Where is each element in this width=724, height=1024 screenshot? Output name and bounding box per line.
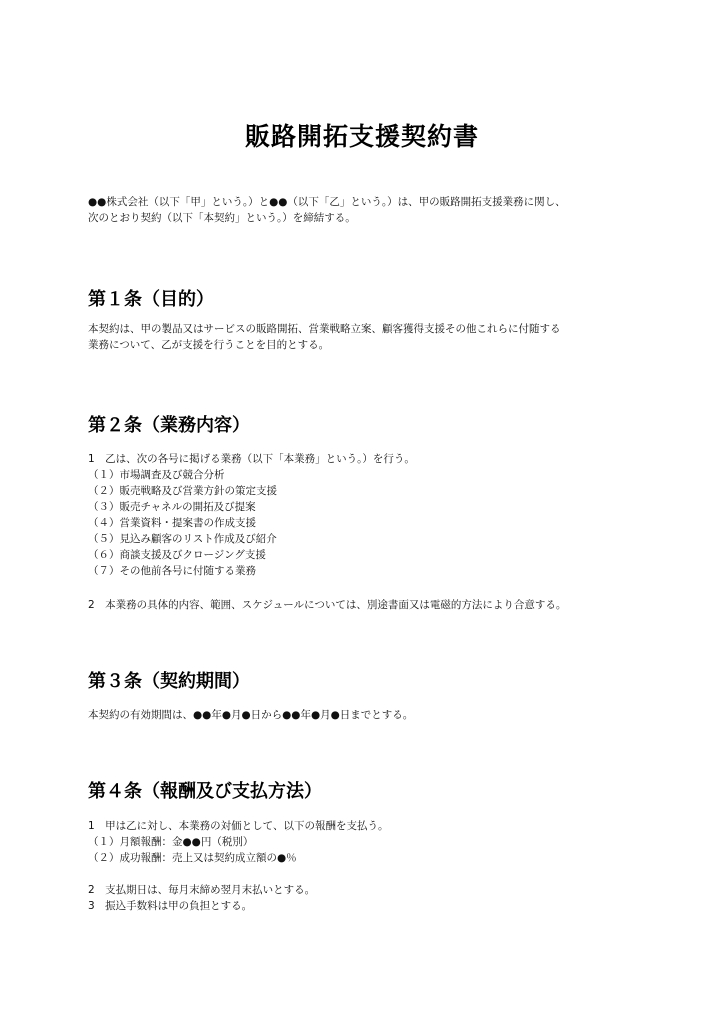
list-item: （１）月額報酬：金●●円（税別）	[88, 834, 648, 850]
article-1-heading: 第１条（目的）	[88, 285, 214, 311]
clause-line: 2 支払期日は、毎月末締め翌月末払いとする。	[88, 882, 648, 898]
article-4-clauses: 2 支払期日は、毎月末締め翌月末払いとする。 3 振込手数料は甲の負担とする。	[88, 882, 648, 914]
list-item: （５）見込み顧客のリスト作成及び紹介	[88, 531, 648, 547]
clause-line: 2 本業務の具体的内容、範囲、スケジュールについては、別途書面又は電磁的方法によ…	[88, 597, 648, 613]
article-4-body: 1 甲は乙に対し、本業務の対価として、以下の報酬を支払う。 （１）月額報酬：金●…	[88, 818, 648, 866]
clause-line: 1 乙は、次の各号に掲げる業務（以下「本業務」という。）を行う。	[88, 451, 648, 467]
contract-page: 販路開拓支援契約書 ●●株式会社（以下「甲」という。）と●●（以下「乙」という。…	[0, 0, 724, 1024]
body-line: 業務について、乙が支援を行うことを目的とする。	[88, 337, 648, 353]
list-item: （３）販売チャネルの開拓及び提案	[88, 499, 648, 515]
preamble-line: 次のとおり契約（以下「本契約」という。）を締結する。	[88, 210, 648, 226]
document-title: 販路開拓支援契約書	[0, 117, 724, 153]
preamble-line: ●●株式会社（以下「甲」という。）と●●（以下「乙」という。）は、甲の販路開拓支…	[88, 194, 648, 210]
article-2-clause-2: 2 本業務の具体的内容、範囲、スケジュールについては、別途書面又は電磁的方法によ…	[88, 597, 648, 613]
clause-line: 1 甲は乙に対し、本業務の対価として、以下の報酬を支払う。	[88, 818, 648, 834]
clause-line: 3 振込手数料は甲の負担とする。	[88, 898, 648, 914]
article-3-heading: 第３条（契約期間）	[88, 667, 250, 693]
list-item: （１）市場調査及び競合分析	[88, 467, 648, 483]
list-item: （７）その他前各号に付随する業務	[88, 563, 648, 579]
article-4-heading: 第４条（報酬及び支払方法）	[88, 777, 322, 803]
list-item: （６）商談支援及びクロージング支援	[88, 547, 648, 563]
article-2-heading: 第２条（業務内容）	[88, 411, 250, 437]
body-line: 本契約は、甲の製品又はサービスの販路開拓、営業戦略立案、顧客獲得支援その他これら…	[88, 321, 648, 337]
body-line: 本契約の有効期間は、●●年●月●日から●●年●月●日までとする。	[88, 707, 648, 723]
list-item: （２）販売戦略及び営業方針の策定支援	[88, 483, 648, 499]
list-item: （２）成功報酬：売上又は契約成立額の●％	[88, 850, 648, 866]
list-item: （４）営業資料・提案書の作成支援	[88, 515, 648, 531]
article-3-body: 本契約の有効期間は、●●年●月●日から●●年●月●日までとする。	[88, 707, 648, 723]
article-1-body: 本契約は、甲の製品又はサービスの販路開拓、営業戦略立案、顧客獲得支援その他これら…	[88, 321, 648, 353]
article-2-body: 1 乙は、次の各号に掲げる業務（以下「本業務」という。）を行う。 （１）市場調査…	[88, 451, 648, 579]
preamble: ●●株式会社（以下「甲」という。）と●●（以下「乙」という。）は、甲の販路開拓支…	[88, 194, 648, 226]
